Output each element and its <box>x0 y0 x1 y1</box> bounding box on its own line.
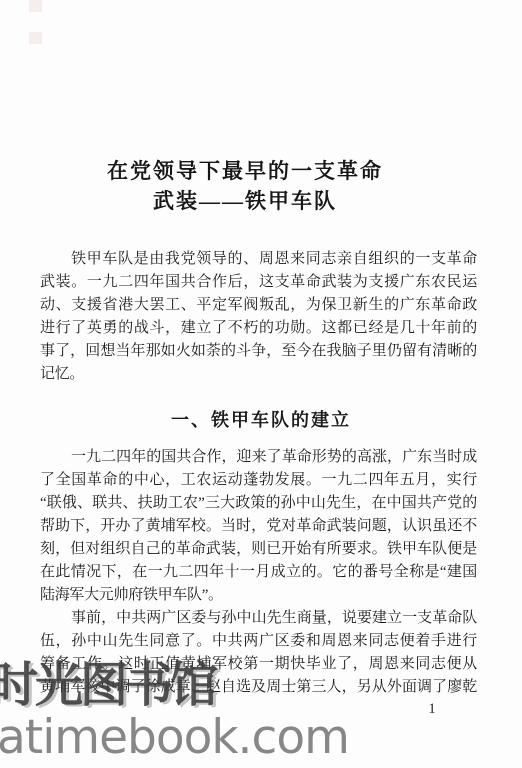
text-line: 动、支援省港大罢工、平定军阀叛乱，为保卫新生的广东革命政权， <box>40 294 477 317</box>
text-line: 武装。一九二四年国共合作后，这支革命武装为支援广东农民运 <box>40 271 477 294</box>
text-line: 帮助下，开办了黄埔军校。当时，党对革命武装问题，认识虽还不深 <box>40 515 477 538</box>
paragraph-founding: 一九二四年的国共合作，迎来了革命形势的高涨，广东当时成了全国革命的中心，工农运动… <box>40 446 477 607</box>
text-line: 事了，回想当年那如火如荼的斗争，至今在我脑子里仍留有清晰的 <box>40 340 477 363</box>
text-line: 伍，孙中山先生同意了。中共两广区委和周恩来同志便着手进行 <box>40 630 477 653</box>
text-line: 事前，中共两广区委与孙中山先生商量，说要建立一支革命队 <box>40 607 477 630</box>
text-line: 记忆。 <box>40 363 477 386</box>
text-line: 刻，但对组织自己的革命武装，则已开始有所要求。铁甲车队便是 <box>40 538 477 561</box>
text-line: “联俄、联共、扶助工农”三大政策的孙中山先生，在中国共产党的 <box>40 492 477 515</box>
text-line: 在此情况下，在一九二四年十一月成立的。它的番号全称是“建国 <box>40 561 477 584</box>
watermark-site-text: atimebook.com <box>0 712 349 764</box>
book-page: 在党领导下最早的一支革命 武装——铁甲车队 铁甲车队是由我党领导的、周恩来同志亲… <box>0 0 522 768</box>
page-title-line1: 在党领导下最早的一支革命 <box>0 156 490 186</box>
text-line: 了全国革命的中心，工农运动蓬勃发展。一九二四年五月，实行 <box>40 469 477 492</box>
scan-stamp-mark-top <box>29 0 42 12</box>
text-line: 陆海军大元帅府铁甲车队”。 <box>40 584 477 607</box>
text-line: 铁甲车队是由我党领导的、周恩来同志亲自组织的一支革命 <box>40 248 477 271</box>
section-heading: 一、铁甲车队的建立 <box>0 407 522 433</box>
text-line: 一九二四年的国共合作，迎来了革命形势的高涨，广东当时成 <box>40 446 477 469</box>
text-line: 进行了英勇的战斗，建立了不朽的功勋。这都已经是几十年前的 <box>40 317 477 340</box>
page-title-line2: 武装——铁甲车队 <box>0 186 490 216</box>
scan-stamp-mark-bottom <box>29 32 42 44</box>
page-number: 1 <box>420 701 444 718</box>
watermark-chinese-text: 时光图书馆 <box>0 661 215 711</box>
paragraph-intro: 铁甲车队是由我党领导的、周恩来同志亲自组织的一支革命武装。一九二四年国共合作后，… <box>40 248 477 386</box>
page-title: 在党领导下最早的一支革命 武装——铁甲车队 <box>0 156 490 216</box>
